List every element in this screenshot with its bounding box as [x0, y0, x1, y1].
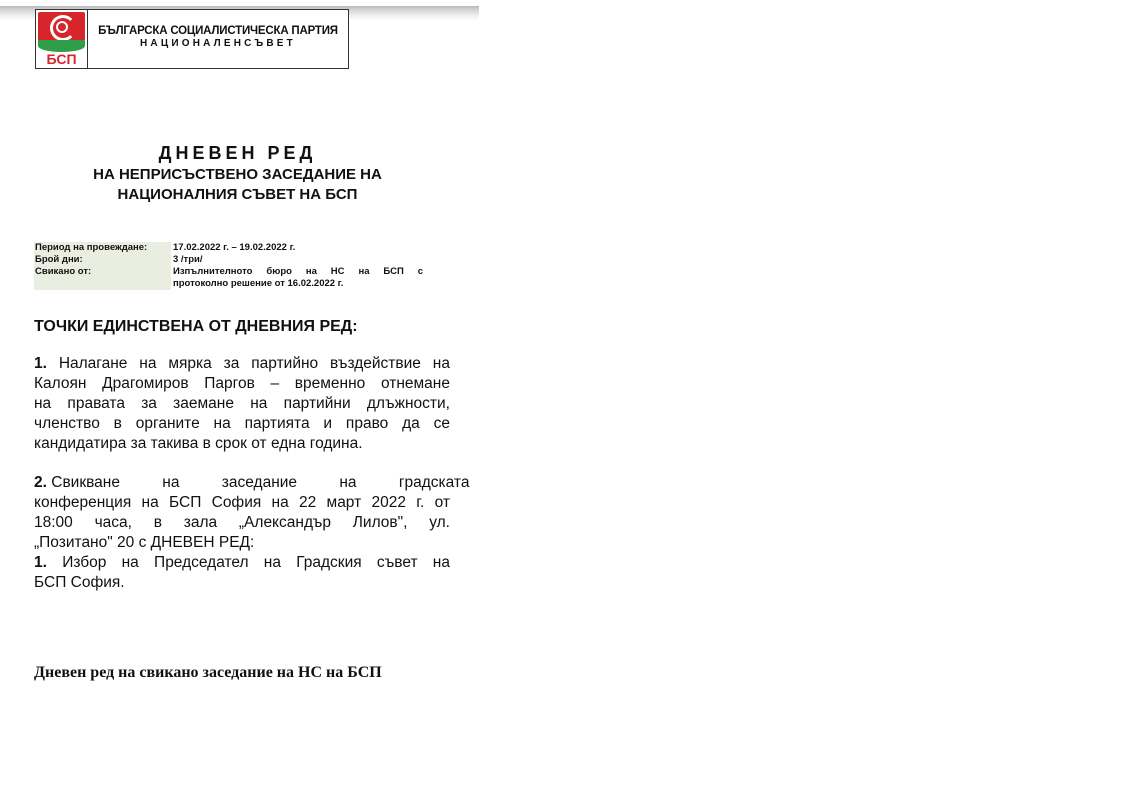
document-subtitle-line2: НАЦИОНАЛНИЯ СЪВЕТ НА БСП — [40, 186, 435, 203]
item-text: кандидатира за такива в срок от една год… — [34, 434, 450, 454]
meta-value: Изпълнителното бюро на НС на БСП с — [171, 266, 423, 278]
meta-row-period: Период на провеждане: 17.02.2022 г. – 19… — [34, 242, 423, 254]
document-title: ДНЕВЕН РЕД — [40, 143, 435, 164]
logo-text: БСП — [38, 52, 85, 66]
meta-label-empty — [34, 278, 171, 290]
item-text: Свикване на заседание на градската — [51, 474, 469, 491]
organization-name: БЪЛГАРСКА СОЦИАЛИСТИЧЕСКА ПАРТИЯ — [98, 25, 338, 37]
item-number: 2. — [34, 474, 47, 491]
sub-item-text: Избор на Председател на Градския съвет н… — [62, 554, 450, 571]
meta-label: Брой дни: — [34, 254, 171, 266]
meta-value: протоколно решение от 16.02.2022 г. — [171, 278, 423, 290]
meta-label: Свикано от: — [34, 266, 171, 278]
council-name: НАЦИОНАЛЕНСЪВЕТ — [140, 38, 296, 49]
meta-row-days: Брой дни: 3 /три/ — [34, 254, 423, 266]
item-text: членство в органите на партията и право … — [34, 414, 450, 434]
letterhead: БСП БЪЛГАРСКА СОЦИАЛИСТИЧЕСКА ПАРТИЯ НАЦ… — [35, 9, 349, 69]
item-text: Налагане на мярка за партийно въздействи… — [59, 355, 450, 372]
document-subtitle-line1: НА НЕПРИСЪСТВЕНО ЗАСЕДАНИЕ НА — [40, 166, 435, 183]
agenda-item-2: 2. Свикване на заседание на градската ко… — [34, 473, 450, 593]
meta-row-convened-by-cont: протоколно решение от 16.02.2022 г. — [34, 278, 423, 290]
item-text: 18:00 часа, в зала „Александър Лилов", у… — [34, 513, 450, 533]
footer-caption: Дневен ред на свикано заседание на НС на… — [34, 664, 382, 682]
item-text: Калоян Драгомиров Паргов – временно отне… — [34, 374, 450, 394]
meta-label: Период на провеждане: — [34, 242, 171, 254]
meta-row-convened-by: Свикано от: Изпълнителното бюро на НС на… — [34, 266, 423, 278]
bsp-logo-icon: БСП — [36, 10, 88, 68]
agenda-item-1: 1. Налагане на мярка за партийно въздейс… — [34, 354, 450, 454]
item-number: 1. — [34, 355, 47, 372]
sub-item-text: БСП София. — [34, 573, 450, 593]
meta-value: 17.02.2022 г. – 19.02.2022 г. — [171, 242, 423, 254]
section-title: ТОЧКИ ЕДИНСТВЕНА ОТ ДНЕВНИЯ РЕД: — [34, 318, 358, 336]
meeting-info-table: Период на провеждане: 17.02.2022 г. – 19… — [34, 242, 423, 290]
meta-value: 3 /три/ — [171, 254, 423, 266]
item-text: конференция на БСП София на 22 март 2022… — [34, 493, 450, 513]
item-text: „Позитано" 20 с ДНЕВЕН РЕД: — [34, 533, 450, 553]
sub-item-number: 1. — [34, 554, 47, 571]
item-text: на правата за заемане на партийни длъжно… — [34, 394, 450, 414]
